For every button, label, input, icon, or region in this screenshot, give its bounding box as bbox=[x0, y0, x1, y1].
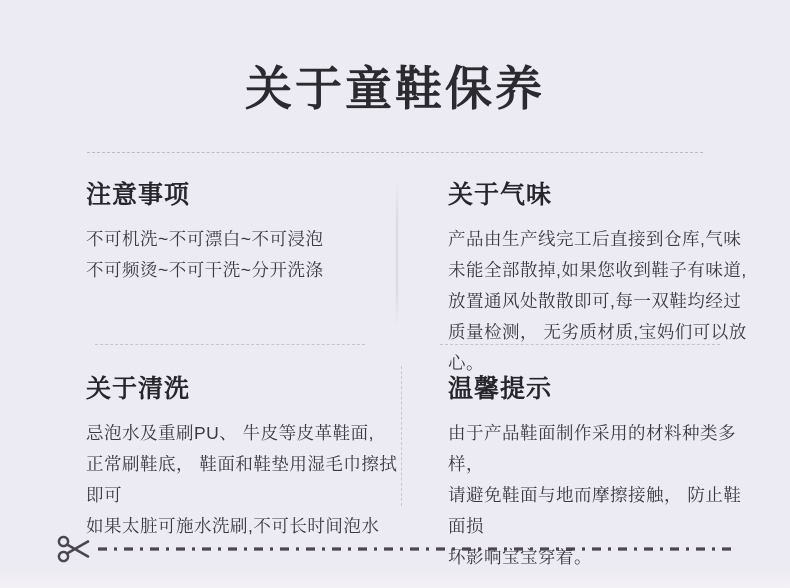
body-line: 产品由生产线完工后直接到仓库,气味 bbox=[448, 224, 748, 255]
section-odor: 关于气味 产品由生产线完工后直接到仓库,气味 未能全部散掉,如果您收到鞋子有味道… bbox=[448, 180, 748, 379]
page-title: 关于童鞋保养 bbox=[0, 52, 790, 119]
body-line: 忌泡水及重刷PU、 牛皮等皮革鞋面, bbox=[86, 418, 401, 449]
section-heading: 温馨提示 bbox=[448, 374, 748, 404]
body-line: 质量检测， 无劣质材质,宝妈们可以放心。 bbox=[448, 317, 748, 379]
section-cleaning: 关于清洗 忌泡水及重刷PU、 牛皮等皮革鞋面, 正常刷鞋底， 鞋面和鞋垫用湿毛巾… bbox=[86, 374, 401, 542]
column-divider-top bbox=[396, 184, 398, 326]
body-line: 正常刷鞋底， 鞋面和鞋垫用湿毛巾擦拭即可 bbox=[86, 449, 401, 511]
row-divider-right bbox=[440, 344, 720, 345]
section-body: 忌泡水及重刷PU、 牛皮等皮革鞋面, 正常刷鞋底， 鞋面和鞋垫用湿毛巾擦拭即可 … bbox=[86, 418, 401, 542]
section-heading: 注意事项 bbox=[86, 180, 391, 210]
column-divider-bottom bbox=[401, 366, 402, 506]
body-line: 由于产品鞋面制作采用的材料种类多样， bbox=[448, 418, 748, 480]
body-line: 未能全部散掉,如果您收到鞋子有味道, bbox=[448, 255, 748, 286]
body-line: 放置通风处散散即可,每一双鞋均经过 bbox=[448, 286, 748, 317]
body-line: 不可机洗~不可漂白~不可浸泡 bbox=[86, 224, 391, 255]
section-heading: 关于气味 bbox=[448, 180, 748, 210]
title-divider bbox=[87, 152, 703, 153]
body-line: 不可频烫~不可干洗~分开洗涤 bbox=[86, 255, 391, 286]
section-heading: 关于清洗 bbox=[86, 374, 401, 404]
row-divider-left bbox=[95, 344, 365, 345]
care-guide-page: 关于童鞋保养 注意事项 不可机洗~不可漂白~不可浸泡 不可频烫~不可干洗~分开洗… bbox=[0, 0, 790, 588]
cut-line-area bbox=[56, 533, 734, 565]
section-precautions: 注意事项 不可机洗~不可漂白~不可浸泡 不可频烫~不可干洗~分开洗涤 bbox=[86, 180, 391, 286]
section-body: 产品由生产线完工后直接到仓库,气味 未能全部散掉,如果您收到鞋子有味道, 放置通… bbox=[448, 224, 748, 379]
section-body: 不可机洗~不可漂白~不可浸泡 不可频烫~不可干洗~分开洗涤 bbox=[86, 224, 391, 286]
scissors-icon bbox=[56, 533, 94, 565]
cut-line bbox=[98, 533, 734, 565]
